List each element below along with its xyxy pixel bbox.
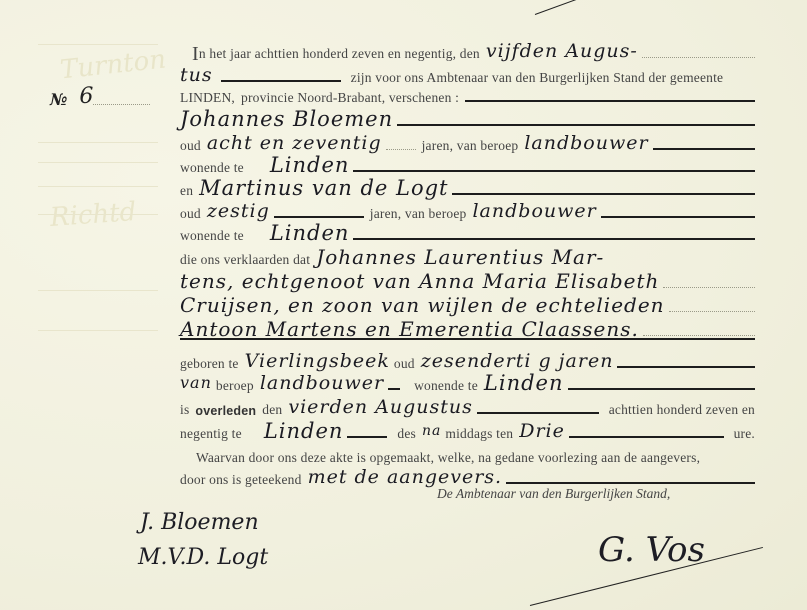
label-overleden: overleden xyxy=(195,404,256,418)
province-text: provincie Noord-Brabant, verschenen : xyxy=(241,90,459,106)
date-day-hand: vijfden Augus- xyxy=(486,40,638,62)
margin-rule xyxy=(38,290,158,291)
fill-line xyxy=(353,238,755,240)
hour: Drie xyxy=(519,420,565,442)
ink-stroke xyxy=(535,0,601,15)
line-municipality: LINDEN, provincie Noord-Brabant, versche… xyxy=(180,82,755,106)
margin-rule xyxy=(38,162,158,163)
label-negentig-te: negentig te xyxy=(180,426,242,442)
line-death-date: is overleden den vierden Augustus achtti… xyxy=(180,394,755,418)
fill-line xyxy=(388,388,400,390)
dotted-rule xyxy=(386,149,416,150)
fill-line xyxy=(506,482,755,484)
witness1-occupation: landbouwer xyxy=(524,132,648,154)
fill-line xyxy=(180,338,755,340)
witness2-age: zestig xyxy=(207,200,270,222)
bleed-through-text: Richtd xyxy=(49,197,137,233)
witness1-age: acht en zeventig xyxy=(207,132,382,154)
fill-line xyxy=(397,124,755,126)
label-van-hand: van xyxy=(180,372,212,394)
label-year-text: achttien honderd zeven en xyxy=(609,402,755,418)
line-deceased-2: tens, echtgenoot van Anna Maria Elisabet… xyxy=(180,268,755,292)
label-ure: ure. xyxy=(734,426,755,442)
label-beroep: beroep xyxy=(216,378,254,394)
fill-line xyxy=(601,216,755,218)
fill-line xyxy=(353,170,755,172)
intro-text: n het jaar achttien honderd zeven en neg… xyxy=(199,46,480,62)
fill-line xyxy=(465,100,755,102)
margin-rule xyxy=(38,142,158,143)
fill-line xyxy=(568,388,755,390)
line-declaration: die ons verklaarden dat Johannes Laurent… xyxy=(180,244,755,268)
line-birth: geboren te Vierlingsbeek oud zesenderti … xyxy=(180,348,755,372)
label-middags-ten: middags ten xyxy=(445,426,513,442)
registry-page: Turnton Richtd № 6 I n het jaar achttien… xyxy=(0,0,807,610)
fill-line xyxy=(569,436,724,438)
margin-rule xyxy=(38,330,158,331)
label-wonende-te: wonende te xyxy=(414,378,478,394)
line-closing-2: door ons is geteekend met de aangevers. xyxy=(180,464,755,488)
label-declared: die ons verklaarden dat xyxy=(180,252,310,268)
dotted-rule xyxy=(669,311,755,312)
line-witness1-name: Johannes Bloemen xyxy=(180,106,755,130)
fill-line xyxy=(617,366,755,368)
witness1-name: Johannes Bloemen xyxy=(180,108,393,130)
time-of-day: na xyxy=(422,420,441,442)
label-is: is xyxy=(180,402,189,418)
label-en: en xyxy=(180,183,193,199)
clerk-signature: G. Vos xyxy=(598,530,705,570)
witness1-signature: J. Bloemen xyxy=(140,510,259,535)
fill-line xyxy=(653,148,755,150)
line-death-place: negentig te Linden des na middags ten Dr… xyxy=(180,418,755,442)
deceased-line1: Johannes Laurentius Mar- xyxy=(316,246,604,268)
numero-label: № xyxy=(50,90,67,109)
label-wonende-te: wonende te xyxy=(180,228,244,244)
birthplace: Vierlingsbeek xyxy=(245,350,390,372)
initial-letter: I xyxy=(192,46,199,62)
act-number: № 6 xyxy=(50,84,150,109)
fill-line xyxy=(347,436,387,438)
deceased-age: zesenderti g jaren xyxy=(421,350,614,372)
fill-line xyxy=(477,412,599,414)
dotted-rule xyxy=(642,57,755,58)
fill-line xyxy=(452,193,755,195)
margin-rule xyxy=(38,44,158,45)
line-deceased-occupation: van beroep landbouwer wonende te Linden xyxy=(180,370,755,394)
deceased-line3: Cruijsen, en zoon van wijlen de echtelie… xyxy=(180,294,665,316)
witness2-name: Martinus van de Logt xyxy=(199,177,448,199)
act-number-value: 6 xyxy=(79,84,93,109)
line-intro: I n het jaar achttien honderd zeven en n… xyxy=(192,38,755,62)
line-witness1-residence: wonende te Linden xyxy=(180,152,755,176)
clerk-title: De Ambtenaar van den Burgerlijken Stand, xyxy=(437,486,670,502)
fill-line xyxy=(274,216,364,218)
witness2-occupation: landbouwer xyxy=(472,200,596,222)
deceased-residence: Linden xyxy=(484,372,564,394)
line-witness2-name: en Martinus van de Logt xyxy=(180,175,755,199)
label-wonende-te: wonende te xyxy=(180,160,244,176)
line-witness1-age: oud acht en zeventig jaren, van beroep l… xyxy=(180,130,755,154)
death-date: vierden Augustus xyxy=(288,396,473,418)
line-deceased-3: Cruijsen, en zoon van wijlen de echtelie… xyxy=(180,292,755,316)
line-blank xyxy=(180,320,755,344)
label-den: den xyxy=(262,402,282,418)
municipality: LINDEN, xyxy=(180,90,235,106)
deceased-line2: tens, echtgenoot van Anna Maria Elisabet… xyxy=(180,270,659,292)
label-des: des xyxy=(397,426,416,442)
closing-hand: met de aangevers. xyxy=(308,466,503,488)
closing-label: door ons is geteekend xyxy=(180,472,302,488)
witness2-signature: M.V.D. Logt xyxy=(138,545,268,570)
line-closing-1: Waarvan door ons deze akte is opgemaakt,… xyxy=(196,442,756,466)
dotted-rule xyxy=(93,104,150,105)
death-place: Linden xyxy=(264,420,344,442)
margin-rule xyxy=(38,214,158,215)
witness2-residence: Linden xyxy=(270,222,350,244)
margin-rule xyxy=(38,186,158,187)
line-witness2-residence: wonende te Linden xyxy=(180,220,755,244)
deceased-occupation: landbouwer xyxy=(260,372,384,394)
witness1-residence: Linden xyxy=(270,154,350,176)
line-witness2-age: oud zestig jaren, van beroep landbouwer xyxy=(180,198,755,222)
bleed-through-text: Turnton xyxy=(59,45,168,86)
dotted-rule xyxy=(663,287,755,288)
